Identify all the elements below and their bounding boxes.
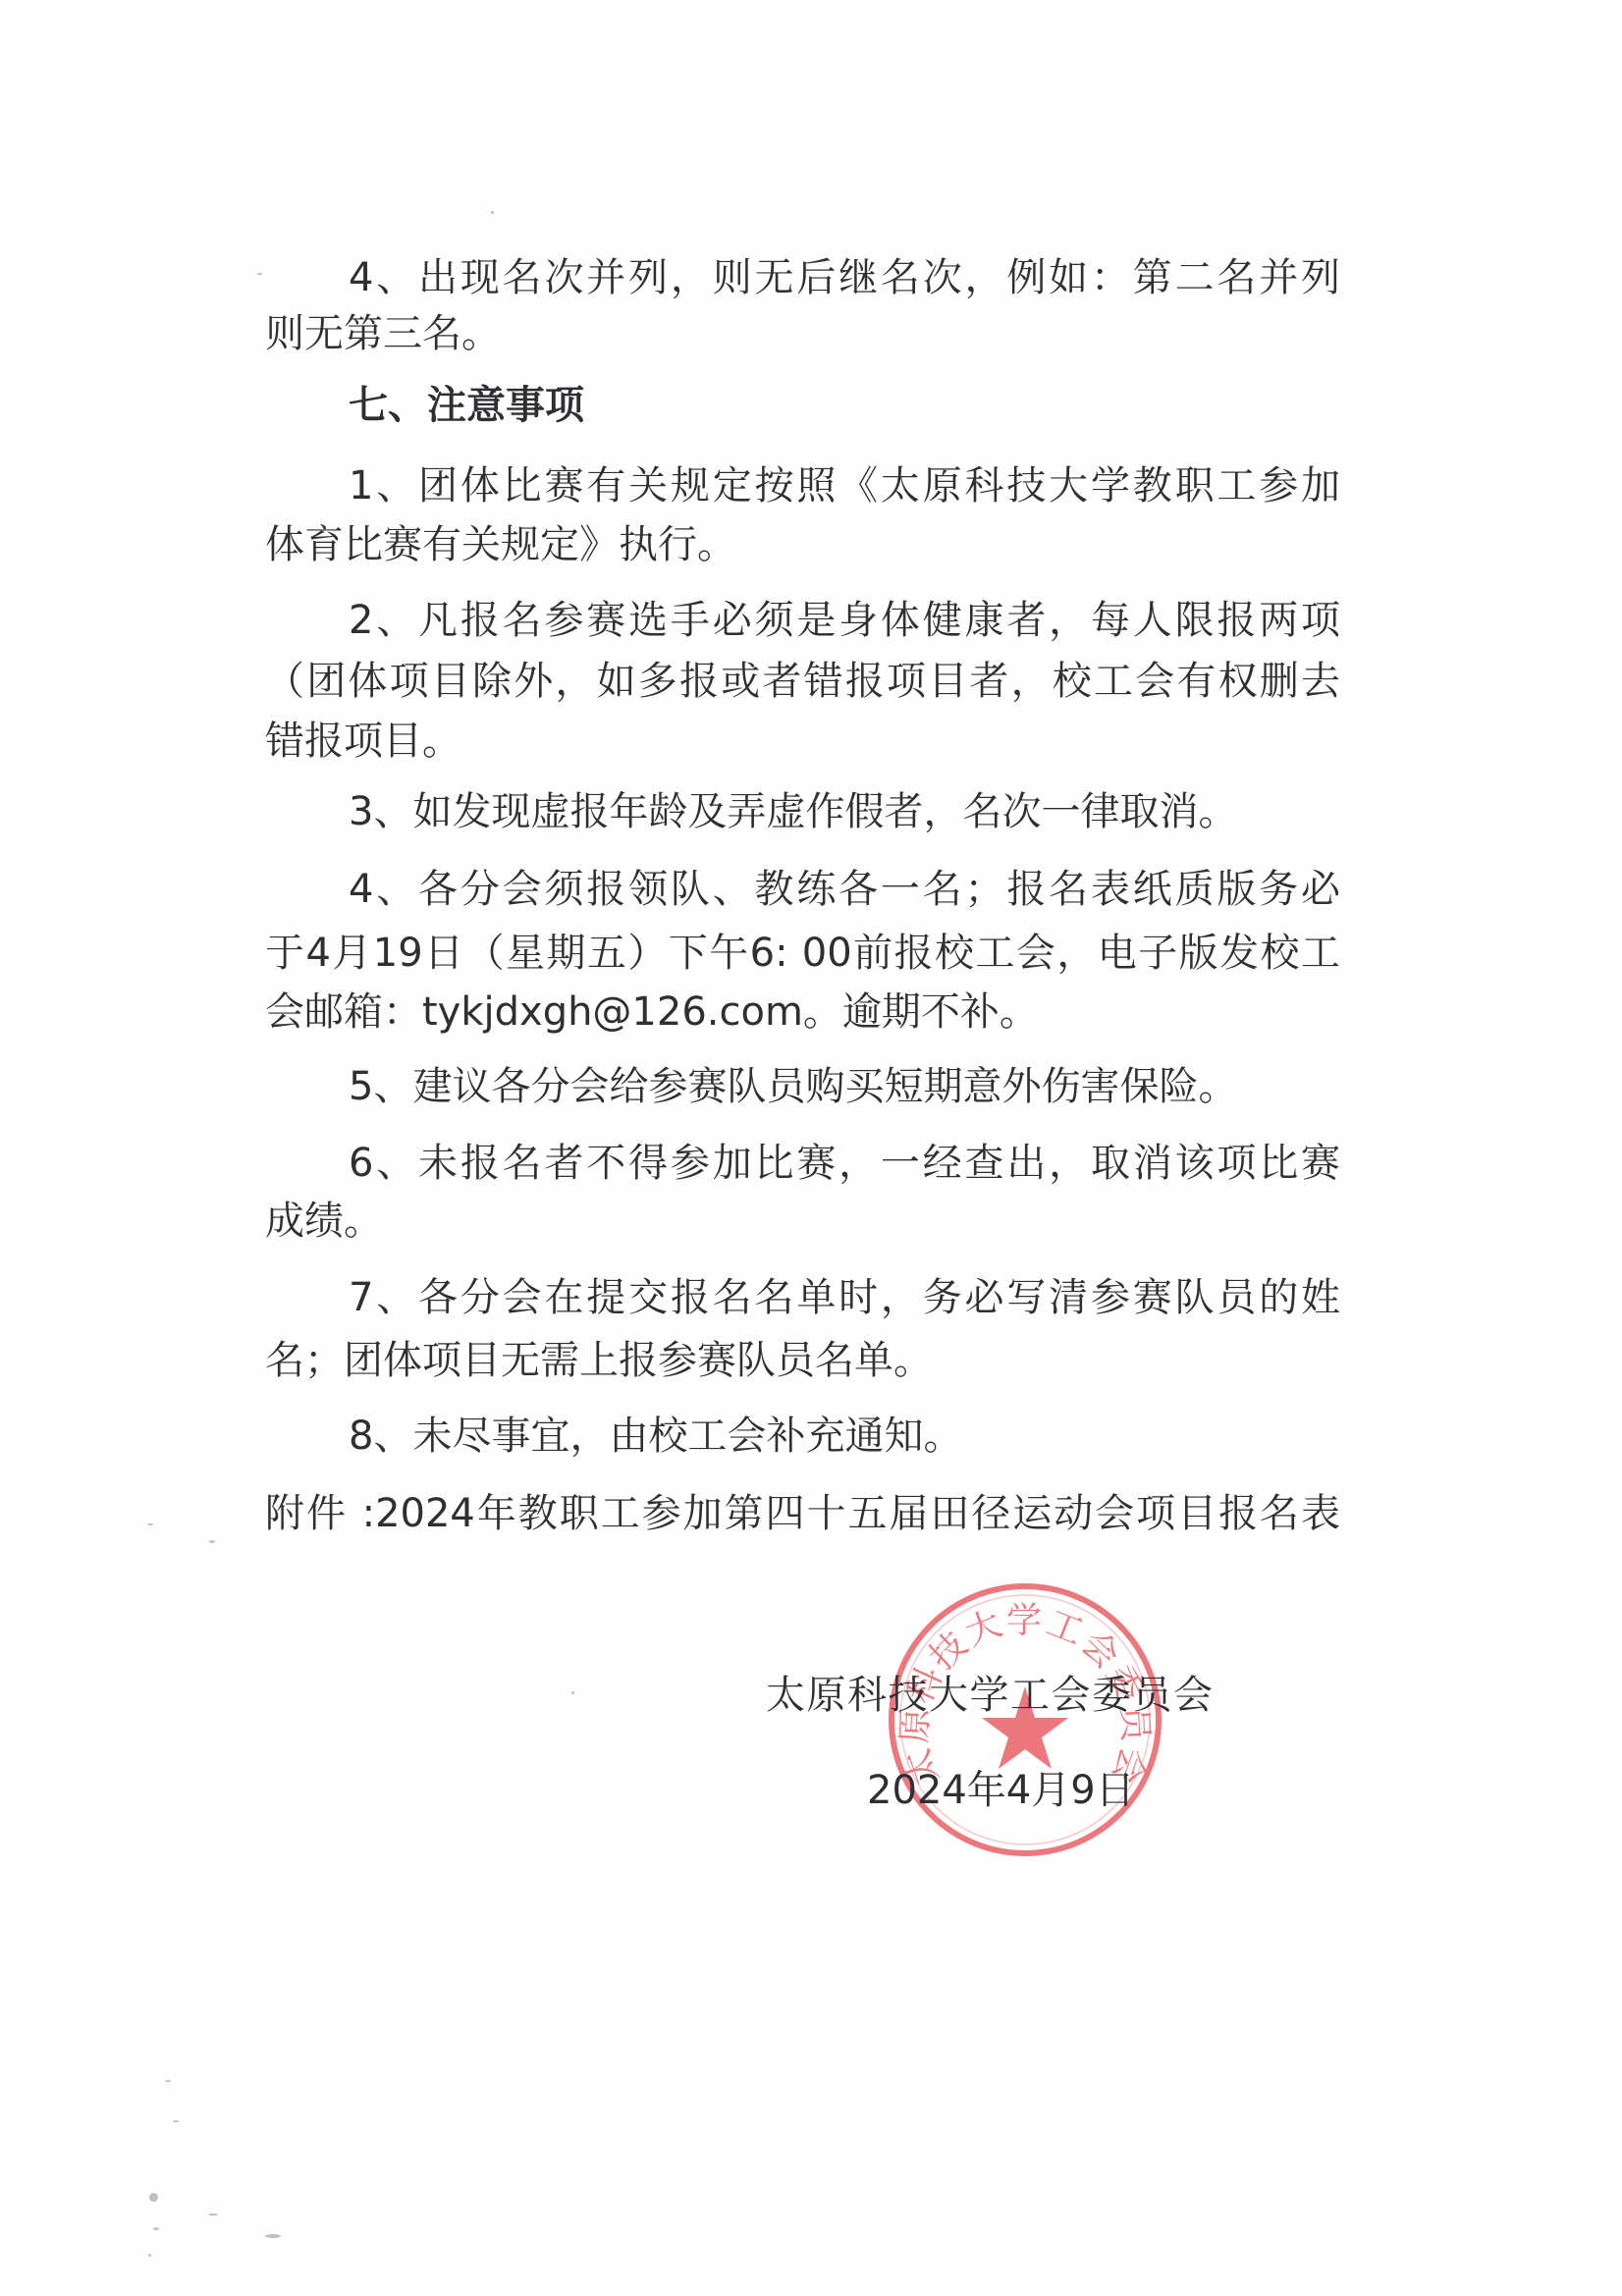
scan-speck [257,273,262,275]
notice-item-4-line: 4、各分会须报领队、教练各一名；报名表纸质版务必 [349,864,1340,915]
scan-speck [209,1540,215,1543]
signature-date: 2024年4月9日 [867,1765,1135,1816]
scan-speck [148,2254,151,2257]
notice-item-7-line: 名；团体项目无需上报参赛队员名单。 [265,1335,933,1386]
scan-speck [265,2234,281,2238]
notice-item-1-line: 1、团体比赛有关规定按照《太原科技大学教职工参加 [349,460,1340,511]
signature-organization: 太原科技大学工会委员会 [766,1670,1215,1721]
scan-speck [491,211,494,214]
attachment-line: 附件 :2024年教职工参加第四十五届田径运动会项目报名表 [265,1488,1340,1539]
document-page: 4、出现名次并列，则无后继名次，例如：第二名并列 则无第三名。 七、注意事项 1… [0,0,1622,2296]
notice-item-4-email-line: 会邮箱：tykjdxgh@126.com。逾期不补。 [265,987,1039,1038]
paragraph-line: 则无第三名。 [265,308,501,359]
notice-item-1-line: 体育比赛有关规定》执行。 [265,519,736,570]
scan-speck [165,2080,171,2082]
scan-speck [147,1523,153,1525]
notice-item-4-line: 于4月19日（星期五）下午6: 00前报校工会，电子版发校工 [265,928,1340,979]
scan-speck [173,2120,179,2122]
notice-item-8-line: 8、未尽事宜，由校工会补充通知。 [349,1411,962,1462]
scan-speck [571,1691,574,1694]
notice-item-6-line: 6、未报名者不得参加比赛，一经查出，取消该项比赛 [349,1138,1340,1189]
notice-item-5-line: 5、建议各分会给参赛队员购买短期意外伤害保险。 [349,1061,1237,1112]
scan-speck [149,2193,158,2202]
notice-item-2-line: 2、凡报名参赛选手必须是身体健康者，每人限报两项 [349,595,1340,646]
section-heading: 七、注意事项 [349,380,584,431]
paragraph-line: 4、出现名次并列，则无后继名次，例如：第二名并列 [349,252,1340,303]
notice-item-2-line: 错报项目。 [265,716,461,767]
notice-item-2-line: （团体项目除外，如多报或者错报项目者，校工会有权删去 [265,656,1340,707]
scan-speck [208,2214,218,2216]
notice-item-3-line: 3、如发现虚报年龄及弄虚作假者，名次一律取消。 [349,786,1237,837]
notice-item-6-line: 成绩。 [265,1196,383,1247]
notice-item-7-line: 7、各分会在提交报名名单时，务必写清参赛队员的姓 [349,1272,1340,1323]
scan-speck [153,2227,159,2230]
